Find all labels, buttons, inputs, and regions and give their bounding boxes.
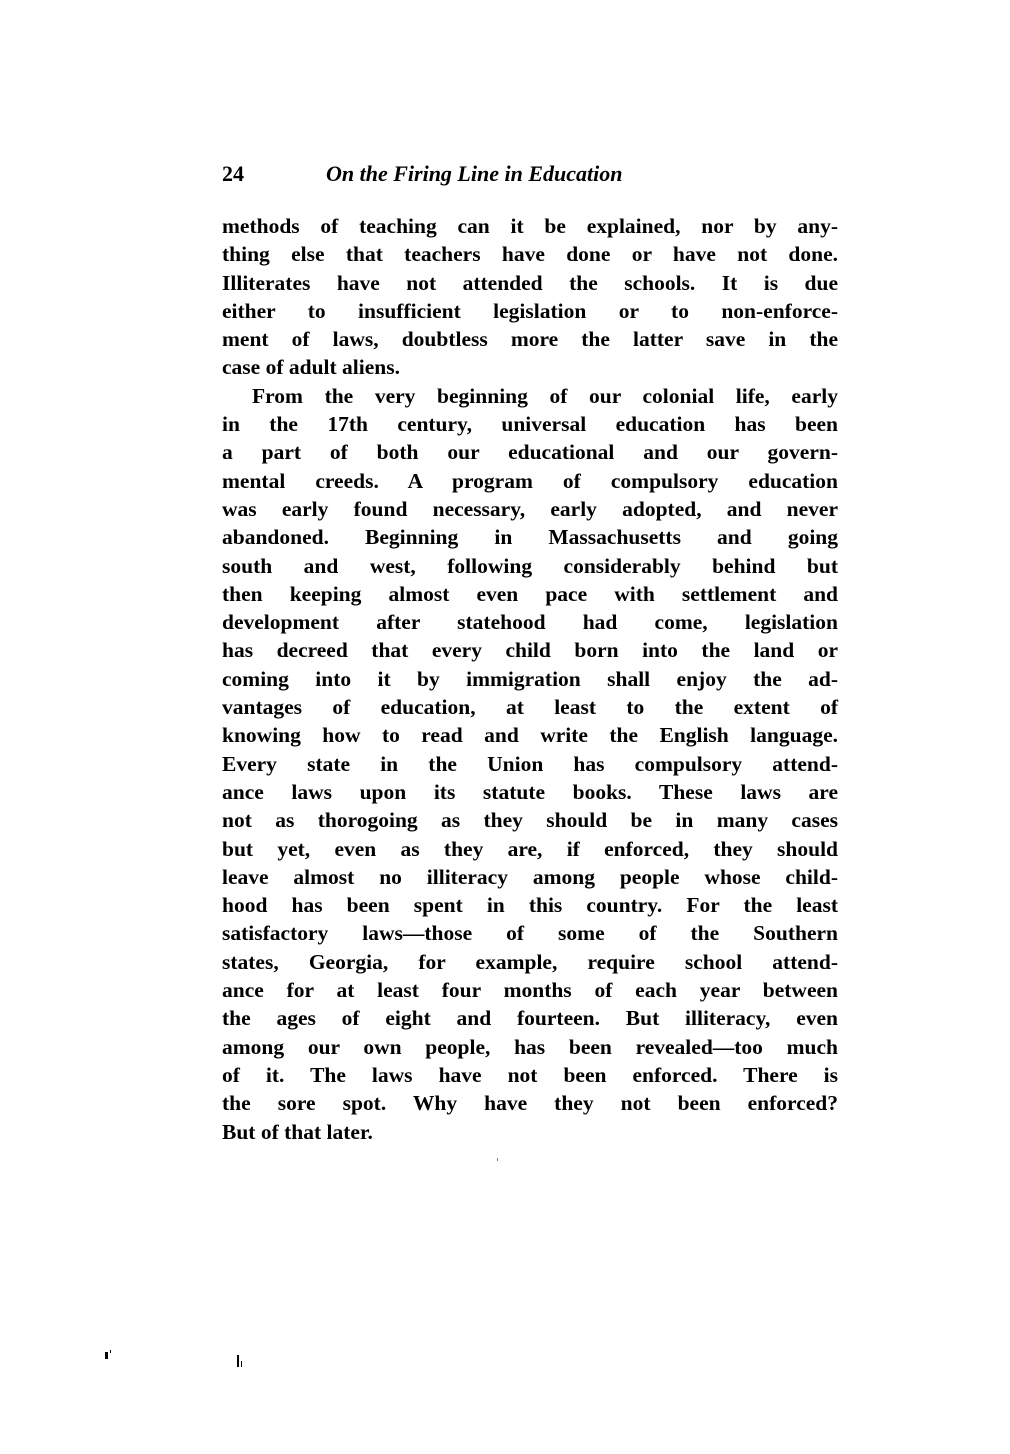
scan-artifact xyxy=(497,1158,498,1161)
text-line: abandoned. Beginning in Massachusetts an… xyxy=(222,523,838,551)
page-number: 24 xyxy=(222,158,244,190)
text-line: thing else that teachers have done or ha… xyxy=(222,240,838,268)
text-line: ance for at least four months of each ye… xyxy=(222,976,838,1004)
running-head: 24 On the Firing Line in Education xyxy=(222,158,842,190)
text-line: From the very beginning of our colonial … xyxy=(222,382,838,410)
text-line: not as thorogoing as they should be in m… xyxy=(222,806,838,834)
body-text: methods of teaching can it be explained,… xyxy=(222,212,838,1146)
text-line: was early found necessary, early adopted… xyxy=(222,495,838,523)
scan-artifact xyxy=(241,1361,242,1367)
text-line: case of adult aliens. xyxy=(222,353,838,381)
text-line: Every state in the Union has compulsory … xyxy=(222,750,838,778)
text-line: methods of teaching can it be explained,… xyxy=(222,212,838,240)
text-line: a part of both our educational and our g… xyxy=(222,438,838,466)
text-line: But of that later. xyxy=(222,1118,838,1146)
text-line: either to insufficient legislation or to… xyxy=(222,297,838,325)
text-line: south and west, following considerably b… xyxy=(222,552,838,580)
text-line: vantages of education, at least to the e… xyxy=(222,693,838,721)
text-line: but yet, even as they are, if enforced, … xyxy=(222,835,838,863)
text-line: in the 17th century, universal education… xyxy=(222,410,838,438)
text-line: leave almost no illiteracy among people … xyxy=(222,863,838,891)
running-title: On the Firing Line in Education xyxy=(326,158,622,190)
paragraph-2: From the very beginning of our colonial … xyxy=(222,382,838,1146)
text-line: states, Georgia, for example, require sc… xyxy=(222,948,838,976)
text-line: ment of laws, doubtless more the latter … xyxy=(222,325,838,353)
text-line: the sore spot. Why have they not been en… xyxy=(222,1089,838,1117)
text-line: development after statehood had come, le… xyxy=(222,608,838,636)
book-page: 24 On the Firing Line in Education metho… xyxy=(0,0,1010,1454)
scan-artifact xyxy=(105,1352,108,1359)
text-line: of it. The laws have not been enforced. … xyxy=(222,1061,838,1089)
text-line: Illiterates have not attended the school… xyxy=(222,269,838,297)
text-line: mental creeds. A program of compulsory e… xyxy=(222,467,838,495)
text-line: satisfactory laws—those of some of the S… xyxy=(222,919,838,947)
text-line: knowing how to read and write the Englis… xyxy=(222,721,838,749)
text-line: among our own people, has been revealed—… xyxy=(222,1033,838,1061)
text-line: the ages of eight and fourteen. But illi… xyxy=(222,1004,838,1032)
text-line: coming into it by immigration shall enjo… xyxy=(222,665,838,693)
text-line: then keeping almost even pace with settl… xyxy=(222,580,838,608)
text-line: hood has been spent in this country. For… xyxy=(222,891,838,919)
text-line: has decreed that every child born into t… xyxy=(222,636,838,664)
text-line: ance laws upon its statute books. These … xyxy=(222,778,838,806)
scan-artifact xyxy=(237,1355,239,1367)
scan-artifact xyxy=(110,1350,111,1353)
paragraph-1: methods of teaching can it be explained,… xyxy=(222,212,838,382)
